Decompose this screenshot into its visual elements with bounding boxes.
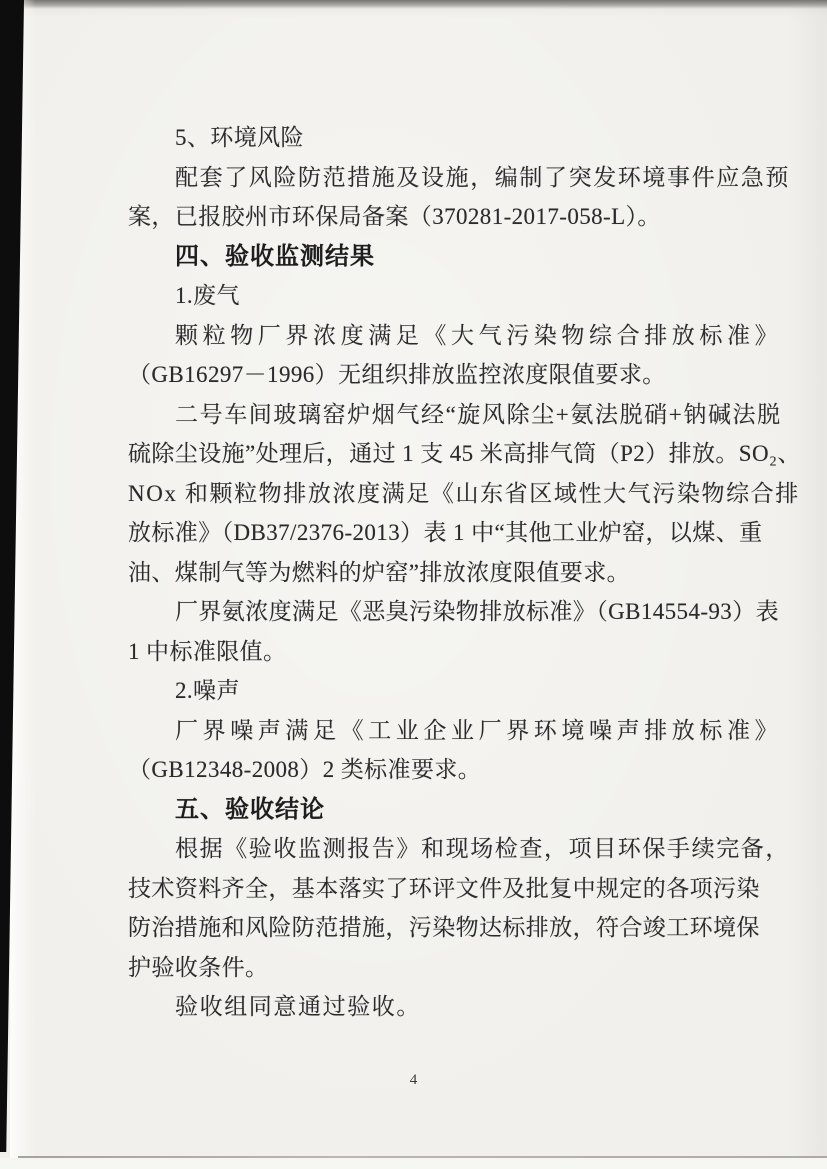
- section-heading-4-acceptance-monitoring-results: 四、验收监测结果: [128, 237, 750, 277]
- paragraph-line: 防治措施和风险防范措施，污染物达标排放，符合竣工环境保: [128, 908, 750, 948]
- paragraph-line: NOx 和颗粒物排放浓度满足《山东省区域性大气污染物综合排: [128, 474, 750, 514]
- section-heading-5-acceptance-conclusion: 五、验收结论: [128, 790, 750, 830]
- scan-edge-top: [0, 0, 827, 9]
- list-item-5-environment-risk: 5、环境风险: [128, 118, 750, 158]
- scan-edge-bottom-paper: [0, 1158, 827, 1169]
- paragraph-line: 放标准》（DB37/2376-2013）表 1 中“其他工业炉窑，以煤、重: [128, 513, 750, 553]
- scanned-document-page: 5、环境风险 配套了风险防范措施及设施，编制了突发环境事件应急预 案，已报胶州市…: [0, 0, 827, 1169]
- paragraph-line: 验收组同意通过验收。: [128, 987, 750, 1027]
- paragraph-line: 1 中标准限值。: [128, 632, 750, 672]
- paragraph-line: （GB16297－1996）无组织排放监控浓度限值要求。: [128, 355, 750, 395]
- paragraph-line: 护验收条件。: [128, 948, 750, 988]
- paragraph-line: 二号车间玻璃窑炉烟气经“旋风除尘+氨法脱硝+钠碱法脱: [128, 395, 750, 435]
- subsection-1-waste-gas: 1.废气: [128, 276, 750, 316]
- document-text-block: 5、环境风险 配套了风险防范措施及设施，编制了突发环境事件应急预 案，已报胶州市…: [128, 118, 750, 1027]
- paragraph-line: 厂界噪声满足《工业企业厂界环境噪声排放标准》: [128, 711, 750, 751]
- paragraph-line: （GB12348-2008）2 类标准要求。: [128, 750, 750, 790]
- page-number: 4: [0, 1072, 827, 1089]
- scan-edge-bottom-line: [18, 1156, 827, 1158]
- paragraph-line: 技术资料齐全，基本落实了环评文件及批复中规定的各项污染: [128, 869, 750, 909]
- paragraph-line: 颗粒物厂界浓度满足《大气污染物综合排放标准》: [128, 316, 750, 356]
- paragraph-line: 厂界氨浓度满足《恶臭污染物排放标准》（GB14554-93）表: [128, 592, 750, 632]
- paragraph-line: 硫除尘设施”处理后，通过 1 支 45 米高排气筒（P2）排放。SO₂、: [128, 434, 750, 474]
- subsection-2-noise: 2.噪声: [128, 671, 750, 711]
- paragraph-line: 油、煤制气等为燃料的炉窑”排放浓度限值要求。: [128, 553, 750, 593]
- paragraph-line: 案，已报胶州市环保局备案（370281-2017-058-L）。: [128, 197, 750, 237]
- paragraph-line: 配套了风险防范措施及设施，编制了突发环境事件应急预: [128, 158, 750, 198]
- paragraph-line: 根据《验收监测报告》和现场检查，项目环保手续完备，: [128, 829, 750, 869]
